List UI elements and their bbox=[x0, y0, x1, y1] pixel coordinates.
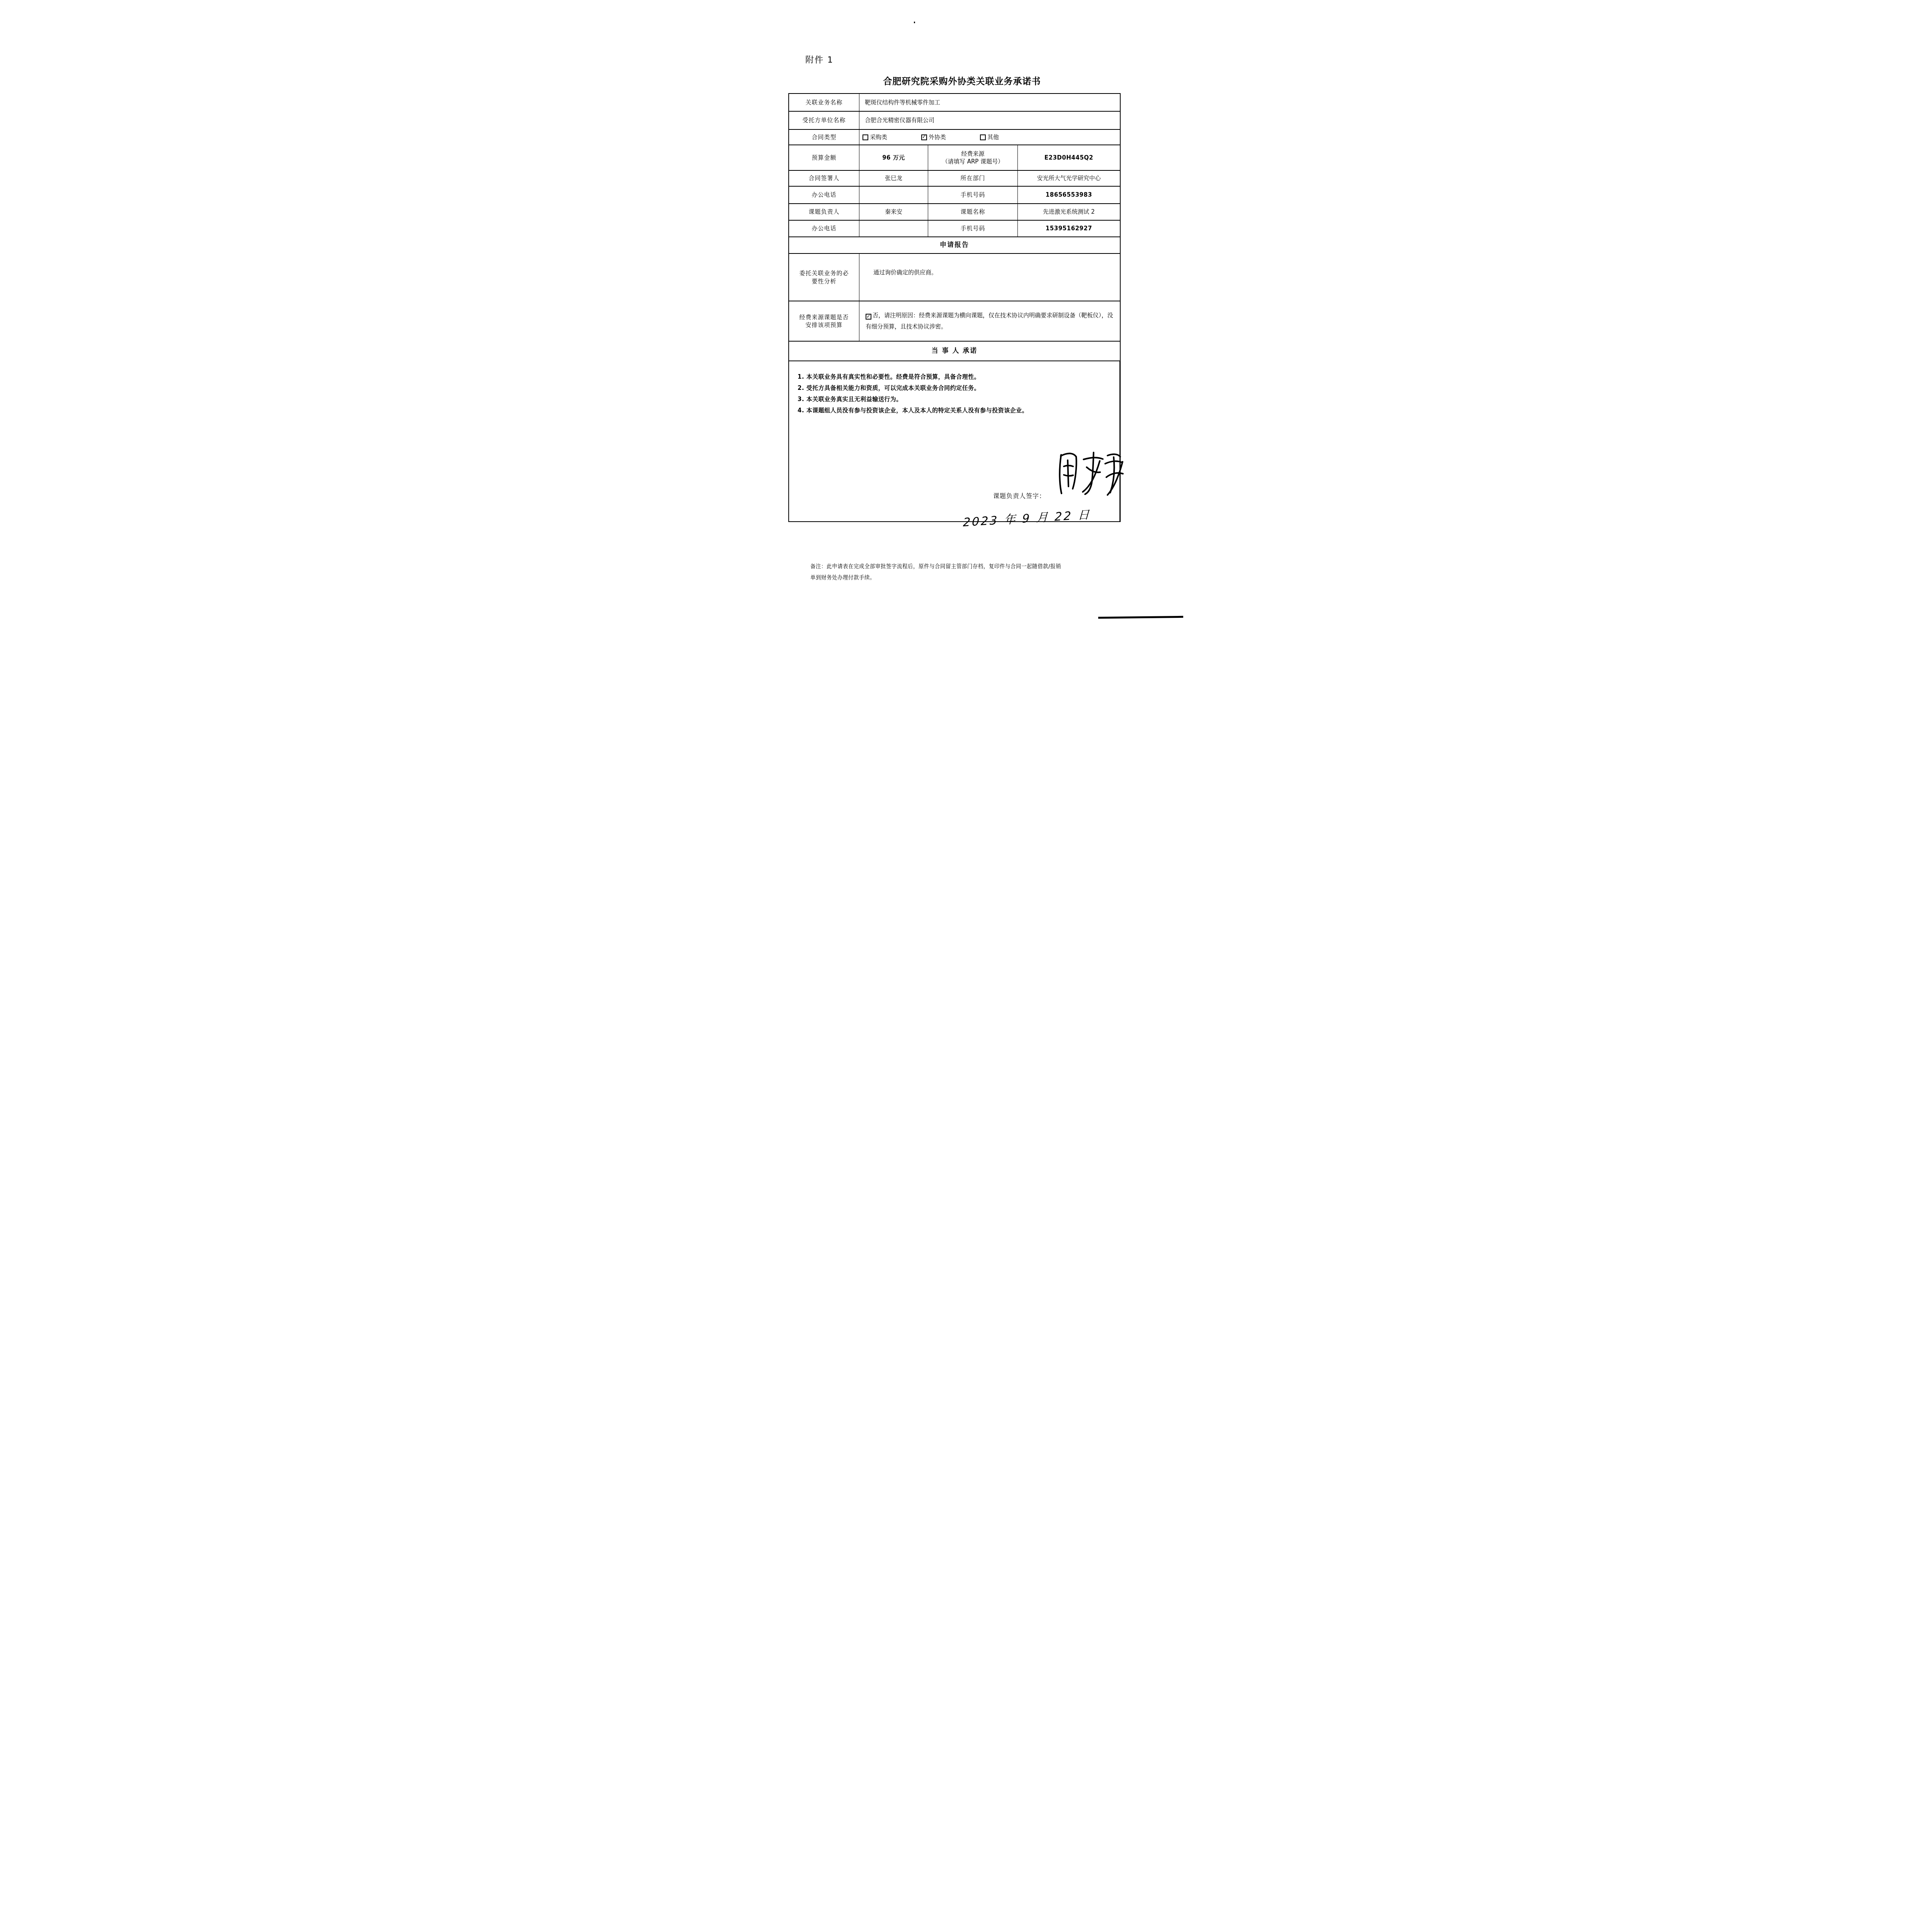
budget-arranged-reason: 否，请注明原因：经费来源课题为横向课题，仅在技术协议内明确要求研制设备（靶板仪）… bbox=[866, 312, 1113, 330]
funding-source-label-line2: （请填写 ARP 课题号） bbox=[942, 158, 1004, 165]
department-label: 所在部门 bbox=[928, 171, 1018, 186]
related-business-value: 靶斑仪结构件等机械零件加工 bbox=[859, 94, 1120, 111]
option-procurement: 采购类 bbox=[862, 133, 887, 141]
commitment-item-2: 2. 受托方具备相关能力和资质，可以完成本关联业务合同约定任务。 bbox=[798, 383, 1112, 394]
funding-source-label: 经费来源 （请填写 ARP 课题号） bbox=[928, 145, 1018, 170]
procurement-checkbox bbox=[862, 134, 868, 140]
table-row-budget: 预算金额 96 万元 经费来源 （请填写 ARP 课题号） E23D0H445Q… bbox=[789, 145, 1120, 171]
office-phone-2-label: 办公电话 bbox=[789, 221, 859, 236]
table-row-signer: 合同签署人 张巳龙 所在部门 安光所大气光学研究中心 bbox=[789, 171, 1120, 187]
office-phone-1-label: 办公电话 bbox=[789, 187, 859, 203]
page-title: 合肥研究院采购外协类关联业务承诺书 bbox=[741, 74, 1183, 87]
necessity-label: 委托关联业务的必 要性分析 bbox=[789, 254, 859, 301]
contract-signer-label: 合同签署人 bbox=[789, 171, 859, 186]
table-row-phone-2: 办公电话 手机号码 15395162927 bbox=[789, 221, 1120, 237]
budget-arranged-label-line1: 经费来源课题是否 bbox=[799, 313, 849, 321]
budget-arranged-label-line2: 安排该项预算 bbox=[805, 321, 842, 329]
table-row-commitment-header: 当 事 人 承诺 bbox=[789, 342, 1120, 361]
department-value: 安光所大气光学研究中心 bbox=[1018, 171, 1120, 186]
no-checkbox: ✓ bbox=[866, 314, 871, 320]
table-row-entrusted-unit: 受托方单位名称 合肥合光精密仪器有限公司 bbox=[789, 112, 1120, 130]
budget-value: 96 万元 bbox=[859, 145, 928, 170]
budget-arranged-label: 经费来源课题是否 安排该项预算 bbox=[789, 301, 859, 341]
office-phone-2-value bbox=[859, 221, 928, 236]
budget-label: 预算金额 bbox=[789, 145, 859, 170]
other-checkbox bbox=[980, 134, 986, 140]
office-phone-1-value bbox=[859, 187, 928, 203]
outsourcing-checkbox: ✓ bbox=[921, 134, 927, 140]
option-other: 其他 bbox=[980, 133, 999, 141]
necessity-value: 通过询价确定的供应商。 bbox=[859, 254, 1120, 301]
funding-source-label-line1: 经费来源 bbox=[961, 150, 984, 158]
table-row-necessity: 委托关联业务的必 要性分析 通过询价确定的供应商。 bbox=[789, 254, 1120, 301]
signature-strokes bbox=[1056, 449, 1125, 500]
entrusted-unit-label: 受托方单位名称 bbox=[789, 112, 859, 129]
budget-arranged-value: ✓否，请注明原因：经费来源课题为横向课题，仅在技术协议内明确要求研制设备（靶板仪… bbox=[859, 301, 1120, 341]
attachment-label: 附件 1 bbox=[805, 53, 834, 65]
commitment-item-3: 3. 本关联业务真实且无利益输送行为。 bbox=[798, 394, 1112, 405]
table-row-phone-1: 办公电话 手机号码 18656553983 bbox=[789, 187, 1120, 204]
mobile-1-value: 18656553983 bbox=[1018, 187, 1120, 203]
mobile-1-label: 手机号码 bbox=[928, 187, 1018, 203]
funding-source-value: E23D0H445Q2 bbox=[1018, 145, 1120, 170]
budget-arranged-text: ✓否，请注明原因：经费来源课题为横向课题，仅在技术协议内明确要求研制设备（靶板仪… bbox=[866, 310, 1114, 333]
contract-signer-value: 张巳龙 bbox=[859, 171, 928, 186]
contract-type-label: 合同类型 bbox=[789, 130, 859, 145]
table-row-project-leader: 课题负责人 秦来安 课题名称 先进激光系统测试 2 bbox=[789, 204, 1120, 221]
table-row-related-business: 关联业务名称 靶斑仪结构件等机械零件加工 bbox=[789, 94, 1120, 112]
outsourcing-label: 外协类 bbox=[929, 133, 946, 141]
footer-note-line1: 备注：此申请表在完成全部审批签字流程后，原件与合同留主管部门存档，复印件与合同一… bbox=[810, 561, 1147, 572]
project-leader-value: 秦来安 bbox=[859, 204, 928, 220]
necessity-label-line1: 委托关联业务的必 bbox=[799, 269, 849, 277]
scan-artifact-dot bbox=[914, 22, 915, 23]
table-row-commitments: 1. 本关联业务具有真实性和必要性。经费是符合预算，具备合理性。 2. 受托方具… bbox=[789, 361, 1120, 521]
other-label: 其他 bbox=[987, 133, 999, 141]
signature-label: 课题负责人签字： bbox=[993, 491, 1046, 500]
project-name-label: 课题名称 bbox=[928, 204, 1018, 220]
entrusted-unit-value: 合肥合光精密仪器有限公司 bbox=[859, 112, 1120, 129]
scanned-document-page: 附件 1 合肥研究院采购外协类关联业务承诺书 关联业务名称 靶斑仪结构件等机械零… bbox=[741, 0, 1183, 621]
contract-type-options: 采购类 ✓ 外协类 其他 bbox=[859, 130, 1120, 145]
form-table: 关联业务名称 靶斑仪结构件等机械零件加工 受托方单位名称 合肥合光精密仪器有限公… bbox=[788, 93, 1121, 522]
party-commitment-header: 当 事 人 承诺 bbox=[789, 342, 1120, 361]
table-row-budget-arranged: 经费来源课题是否 安排该项预算 ✓否，请注明原因：经费来源课题为横向课题，仅在技… bbox=[789, 301, 1120, 342]
table-row-application-report-header: 申请报告 bbox=[789, 237, 1120, 254]
option-outsourcing: ✓ 外协类 bbox=[921, 133, 946, 141]
procurement-label: 采购类 bbox=[870, 133, 887, 141]
scan-artifact-bar bbox=[1098, 616, 1183, 619]
table-row-contract-type: 合同类型 采购类 ✓ 外协类 其他 bbox=[789, 130, 1120, 145]
commitment-item-4: 4. 本课题组人员没有参与投资该企业，本人及本人的特定关系人没有参与投资该企业。 bbox=[798, 405, 1112, 416]
signature-handwriting bbox=[1056, 449, 1125, 501]
necessity-label-line2: 要性分析 bbox=[811, 277, 836, 285]
footer-note: 备注：此申请表在完成全部审批签字流程后，原件与合同留主管部门存档，复印件与合同一… bbox=[810, 561, 1147, 583]
project-leader-label: 课题负责人 bbox=[789, 204, 859, 220]
commitment-item-1: 1. 本关联业务具有真实性和必要性。经费是符合预算，具备合理性。 bbox=[798, 371, 1112, 383]
mobile-2-label: 手机号码 bbox=[928, 221, 1018, 236]
project-name-value: 先进激光系统测试 2 bbox=[1018, 204, 1120, 220]
footer-note-line2: 单到财务处办理付款手续。 bbox=[810, 572, 1147, 583]
related-business-label: 关联业务名称 bbox=[789, 94, 859, 111]
application-report-header: 申请报告 bbox=[789, 237, 1120, 253]
mobile-2-value: 15395162927 bbox=[1018, 221, 1120, 236]
